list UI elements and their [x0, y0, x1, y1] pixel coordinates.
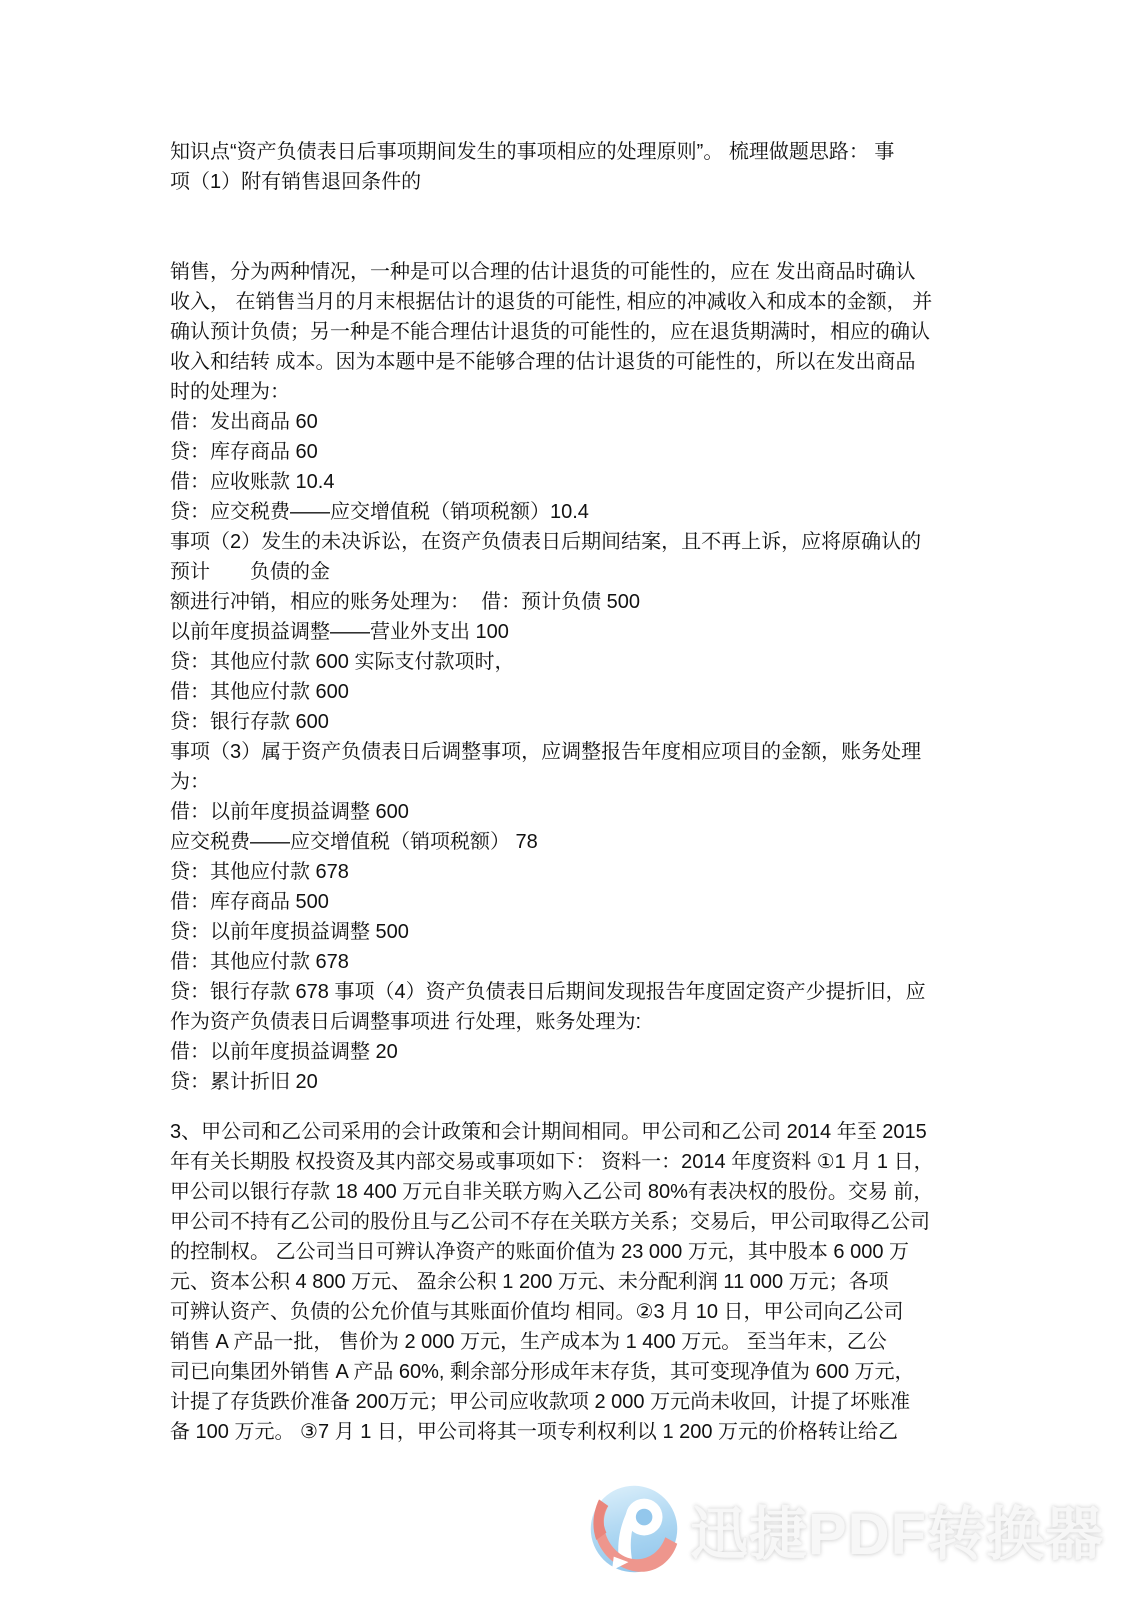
text-line: 事项（3）属于资产负债表日后调整事项，应调整报告年度相应项目的金额，账务处理 — [170, 737, 975, 767]
text-line: 应交税费——应交增值税（销项税额） 78 — [170, 827, 975, 857]
text-line: 3、甲公司和乙公司采用的会计政策和会计期间相同。甲公司和乙公司 2014 年至 … — [170, 1117, 975, 1147]
text-line: 预计 负债的金 — [170, 557, 975, 587]
paragraph-spacer — [170, 197, 975, 257]
text-line: 贷：累计折旧 20 — [170, 1067, 975, 1097]
text-line: 借：发出商品 60 — [170, 407, 975, 437]
text-line: 借：其他应付款 600 — [170, 677, 975, 707]
paragraph-event-analysis: 销售，分为两种情况，一种是可以合理的估计退货的可能性的，应在 发出商品时确认收入… — [170, 257, 975, 1097]
text-line: 贷：其他应付款 678 — [170, 857, 975, 887]
logo-p-ring-hole — [636, 1509, 653, 1526]
text-line: 为： — [170, 767, 975, 797]
paragraph-question-3: 3、甲公司和乙公司采用的会计政策和会计期间相同。甲公司和乙公司 2014 年至 … — [170, 1117, 975, 1447]
text-line: 作为资产负债表日后调整事项进 行处理，账务处理为: — [170, 1007, 975, 1037]
text-line: 事项（2）发生的未决诉讼，在资产负债表日后期间结案，且不再上诉，应将原确认的 — [170, 527, 975, 557]
text-line: 销售 A 产品一批， 售价为 2 000 万元，生产成本为 1 400 万元。 … — [170, 1327, 975, 1357]
text-line: 备 100 万元。 ③7 月 1 日，甲公司将其一项专利权利以 1 200 万元… — [170, 1417, 975, 1447]
text-line: 收入， 在销售当月的月末根据估计的退货的可能性, 相应的冲减收入和成本的金额， … — [170, 287, 975, 317]
text-line: 确认预计负债；另一种是不能合理估计退货的可能性的，应在退货期满时，相应的确认 — [170, 317, 975, 347]
text-line: 的控制权。 乙公司当日可辨认净资产的账面价值为 23 000 万元，其中股本 6… — [170, 1237, 975, 1267]
text-line: 贷：库存商品 60 — [170, 437, 975, 467]
text-line: 销售，分为两种情况，一种是可以合理的估计退货的可能性的，应在 发出商品时确认 — [170, 257, 975, 287]
text-line: 项（1）附有销售退回条件的 — [170, 167, 975, 197]
text-line: 可辨认资产、负债的公允价值与其账面价值均 相同。②3 月 10 日，甲公司向乙公… — [170, 1297, 975, 1327]
paragraph-knowledge-point: 知识点“资产负债表日后事项期间发生的事项相应的处理原则”。 梳理做题思路： 事项… — [170, 137, 975, 197]
text-line: 元、资本公积 4 800 万元、 盈余公积 1 200 万元、未分配利润 11 … — [170, 1267, 975, 1297]
text-line: 贷：银行存款 600 — [170, 707, 975, 737]
text-line: 时的处理为： — [170, 377, 975, 407]
text-line: 贷：其他应付款 600 实际支付款项时， — [170, 647, 975, 677]
text-line: 年有关长期股 权投资及其内部交易或事项如下： 资料一：2014 年度资料 ①1 … — [170, 1147, 975, 1177]
text-line: 贷：应交税费——应交增值税（销项税额）10.4 — [170, 497, 975, 527]
text-line: 贷：以前年度损益调整 500 — [170, 917, 975, 947]
text-line: 借：以前年度损益调整 20 — [170, 1037, 975, 1067]
text-line: 额进行冲销，相应的账务处理为： 借：预计负债 500 — [170, 587, 975, 617]
text-line: 以前年度损益调整——营业外支出 100 — [170, 617, 975, 647]
text-line: 收入和结转 成本。因为本题中是不能够合理的估计退货的可能性的，所以在发出商品 — [170, 347, 975, 377]
text-line: 借：以前年度损益调整 600 — [170, 797, 975, 827]
text-line: 借：应收账款 10.4 — [170, 467, 975, 497]
text-line: 计提了存货跌价准备 200万元；甲公司应收款项 2 000 万元尚未收回，计提了… — [170, 1387, 975, 1417]
text-line: 贷：银行存款 678 事项（4）资产负债表日后期间发现报告年度固定资产少提折旧，… — [170, 977, 975, 1007]
text-line: 甲公司不持有乙公司的股份且与乙公司不存在关联方关系；交易后，甲公司取得乙公司 — [170, 1207, 975, 1237]
watermark: 迅捷PDF转换器 — [588, 1483, 1104, 1575]
text-line: 司已向集团外销售 A 产品 60%, 剩余部分形成年末存货，其可变现净值为 60… — [170, 1357, 975, 1387]
document-text-block: 知识点“资产负债表日后事项期间发生的事项相应的处理原则”。 梳理做题思路： 事项… — [170, 137, 975, 1447]
text-line: 借：其他应付款 678 — [170, 947, 975, 977]
text-line: 甲公司以银行存款 18 400 万元自非关联方购入乙公司 80%有表决权的股份。… — [170, 1177, 975, 1207]
text-line: 知识点“资产负债表日后事项期间发生的事项相应的处理原则”。 梳理做题思路： 事 — [170, 137, 975, 167]
xunjie-pdf-converter-logo-icon — [588, 1483, 680, 1575]
text-line: 借：库存商品 500 — [170, 887, 975, 917]
paragraph-spacer — [170, 1097, 975, 1117]
watermark-text: 迅捷PDF转换器 — [690, 1487, 1104, 1571]
